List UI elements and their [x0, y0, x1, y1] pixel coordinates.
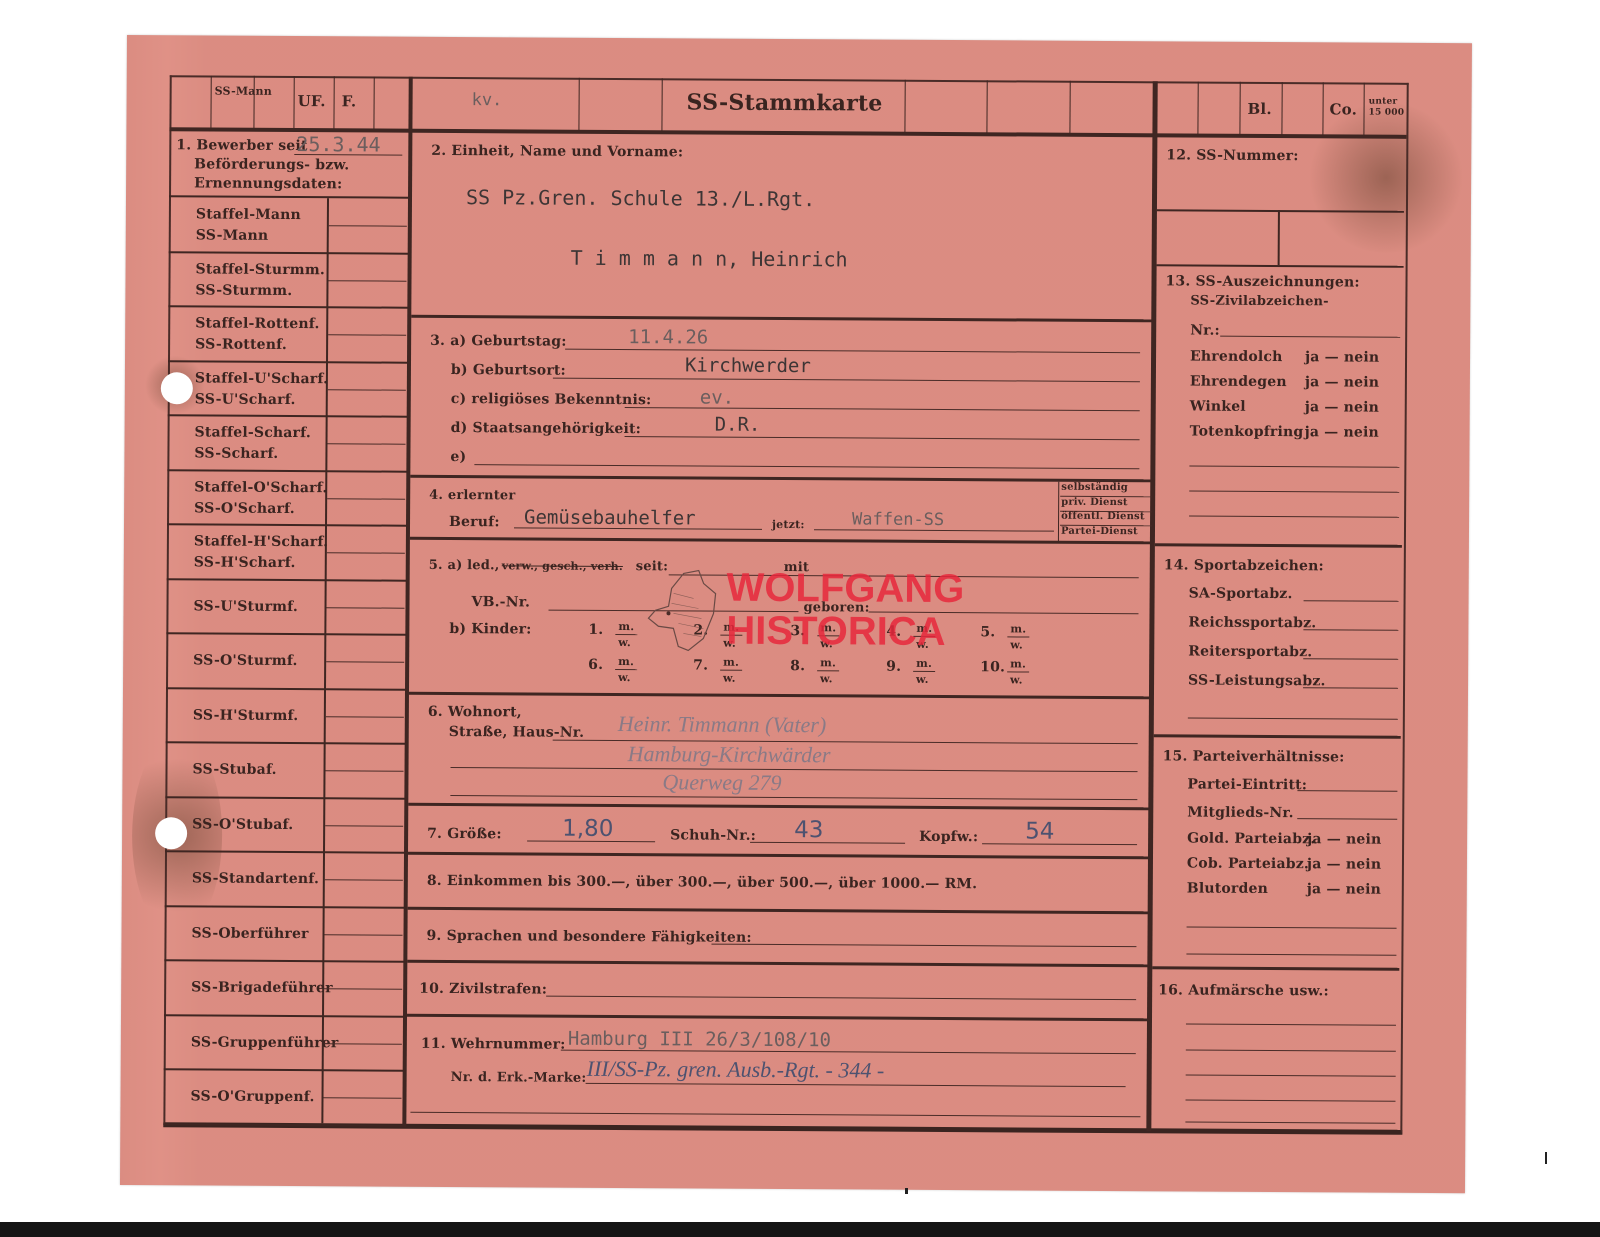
ss-nummer-label: 12. SS-Nummer:: [1166, 148, 1298, 163]
punch-hole: [155, 817, 187, 849]
rank-label: SS-Standartenf.: [192, 871, 319, 886]
award-name: Ehrendegen: [1190, 374, 1287, 389]
partei-eintritt-label: Partei-Eintritt:: [1187, 777, 1307, 792]
erk-marke-value: III/SS-Pz. gren. Ausb.-Rgt. - 344 -: [587, 1058, 885, 1082]
e-label: e): [450, 450, 466, 464]
name-value: T i m m a n n, Heinrich: [571, 248, 848, 270]
geburtsort-value: Kirchwerder: [685, 356, 811, 376]
groesse-label: 7. Größe:: [427, 827, 502, 841]
child-w: w.: [1010, 674, 1023, 685]
wehrnummer-label: 11. Wehrnummer:: [421, 1037, 566, 1052]
rank-label-ss: SS-U'Scharf.: [195, 392, 296, 407]
schuh-label: Schuh-Nr.:: [670, 828, 756, 843]
wolf-head-icon: [643, 568, 724, 653]
rank-label: Staffel-Sturmm.: [196, 262, 325, 277]
beruf-option: priv. Dienst: [1061, 497, 1128, 507]
zivilabzeichen-label: SS-Zivilabzeichen-: [1190, 295, 1328, 309]
punch-hole: [161, 372, 193, 404]
rank-label: Staffel-O'Scharf.: [194, 480, 327, 495]
child-number: 10.: [980, 660, 1005, 674]
beruf-label2: Beruf:: [449, 515, 500, 529]
award-name: Totenkopfring: [1190, 424, 1304, 439]
sport-item: Reitersportabz.: [1188, 644, 1312, 659]
party-choice: ja — nein: [1307, 882, 1381, 896]
ss-mann-header: SS-Mann: [215, 86, 272, 98]
rank-label: SS-U'Sturmf.: [193, 599, 298, 614]
rank-label-ss: SS-Scharf.: [194, 446, 278, 461]
party-choice: ja — nein: [1307, 857, 1381, 871]
award-choice: ja — nein: [1305, 350, 1379, 364]
award-choice: ja — nein: [1305, 375, 1379, 389]
rank-label: Staffel-Scharf.: [195, 425, 311, 440]
awards-list: Ehrendolchja — neinEhrendegenja — neinWi…: [127, 35, 1472, 43]
award-choice: ja — nein: [1305, 425, 1379, 439]
bekenntnis-value: ev.: [700, 389, 734, 408]
child-m: m.: [820, 657, 836, 668]
child-m: m.: [916, 658, 932, 669]
award-name: Winkel: [1190, 399, 1246, 413]
rank-label: SS-Gruppenführer: [191, 1035, 339, 1050]
zivilabzeichen-nr: Nr.:: [1190, 324, 1220, 338]
rank-label-ss: SS-Sturmm.: [195, 283, 292, 298]
auszeichnungen-label: 13. SS-Auszeichnungen:: [1165, 274, 1359, 289]
section1-label2: Beförderungs- bzw.: [194, 157, 349, 172]
familienstand-label: 5. a) led.,: [429, 559, 500, 572]
f-header: F.: [342, 94, 357, 109]
rank-label: Staffel-U'Scharf.: [195, 371, 328, 386]
kopf-value: 54: [1025, 821, 1054, 844]
uf-header: UF.: [298, 94, 326, 109]
schuh-value: 43: [794, 819, 823, 842]
mitglieds-nr-label: Mitglieds-Nr.: [1187, 805, 1294, 820]
vb-label: VB.-Nr.: [471, 595, 530, 609]
child-m: m.: [1010, 623, 1026, 634]
children-list: 1.m.w.2.m.w.3.m.w.4.m.w.5.m.w.6.m.w.7.m.…: [127, 35, 1472, 43]
unter-number: 15 000: [1369, 109, 1405, 118]
staatsangehoerigkeit-label: d) Staatsangehörigkeit:: [451, 421, 642, 436]
bewerber-date: 25.3.44: [296, 134, 380, 155]
geburtstag-label: 3. a) Geburtstag:: [430, 334, 567, 349]
child-m: m.: [723, 657, 739, 668]
bl-header: Bl.: [1248, 102, 1272, 117]
rank-label: Staffel-Mann: [196, 207, 301, 222]
unter-header: unter: [1369, 98, 1398, 107]
jetzt-label: jetzt:: [772, 519, 805, 530]
einkommen-label: 8. Einkommen bis 300.—, über 300.—, über…: [427, 874, 977, 891]
rank-label: Staffel-H'Scharf.: [194, 534, 328, 549]
party-list: Gold. Parteiabz.ja — neinCob. Parteiabz.…: [127, 35, 1472, 43]
aufmaersche-label: 16. Aufmärsche usw.:: [1158, 983, 1329, 998]
zivilstrafen-label: 10. Zivilstrafen:: [419, 982, 547, 997]
sprachen-label: 9. Sprachen und besondere Fähigkeiten:: [426, 929, 751, 945]
rank-label-ss: SS-O'Scharf.: [194, 501, 295, 516]
child-w: w.: [820, 673, 833, 684]
jetzt-value: Waffen-SS: [852, 511, 944, 529]
wehrnummer-value: Hamburg III 26/3/108/10: [568, 1030, 831, 1051]
party-item: Blutorden: [1187, 881, 1268, 895]
party-item: Gold. Parteiabz.: [1187, 831, 1315, 846]
rank-label: SS-H'Sturmf.: [193, 708, 299, 723]
rank-label-ss: SS-H'Scharf.: [194, 555, 296, 570]
beruf-options: selbständigpriv. Dienstöffentl. DienstPa…: [127, 35, 1472, 43]
erk-marke-label: Nr. d. Erk.-Marke:: [451, 1071, 587, 1085]
child-m: m.: [1010, 658, 1026, 669]
child-number: 7.: [693, 658, 708, 672]
groesse-value: 1,80: [562, 818, 613, 841]
rank-label: SS-Oberführer: [191, 926, 308, 941]
card-title: SS-Stammkarte: [687, 91, 883, 114]
section2-label: 2. Einheit, Name und Vorname:: [431, 144, 683, 160]
wohnort-line2: Hamburg-Kirchwärder: [628, 743, 831, 766]
child-w: w.: [723, 673, 736, 684]
sportabzeichen-label: 14. Sportabzeichen:: [1164, 558, 1324, 573]
kinder-label: b) Kinder:: [449, 622, 531, 637]
section1-label: 1. Bewerber seit: [176, 138, 307, 153]
geburtstag-value: 11.4.26: [628, 328, 708, 347]
kv-mark: kv.: [472, 92, 503, 109]
familienstand-struck: verw., gesch., verh.: [502, 560, 623, 572]
award-choice: ja — nein: [1305, 400, 1379, 414]
geburtsort-label: b) Geburtsort:: [451, 363, 566, 378]
award-name: Ehrendolch: [1190, 349, 1283, 364]
rank-list: Staffel-MannSS-MannStaffel-Sturmm.SS-Stu…: [127, 35, 1472, 43]
party-choice: ja — nein: [1307, 832, 1381, 846]
wohnort-line3: Querweg 279: [662, 771, 781, 794]
child-number: 5.: [980, 625, 995, 639]
child-number: 6.: [588, 658, 603, 672]
child-w: w.: [618, 672, 631, 683]
rank-label-ss: SS-Rottenf.: [195, 337, 287, 352]
co-header: Co.: [1330, 102, 1358, 117]
stammkarte-card: SS-Mann UF. F. kv. SS-Stammkarte Bl. Co.…: [120, 35, 1472, 1193]
child-number: 8.: [790, 659, 805, 673]
kopf-label: Kopfw.:: [919, 830, 978, 844]
rank-label: SS-O'Gruppenf.: [190, 1089, 314, 1104]
rank-label: Staffel-Rottenf.: [195, 316, 319, 331]
sport-list: SA-Sportabz.Reichssportabz.Reitersportab…: [127, 35, 1472, 43]
child-w: w.: [916, 674, 929, 685]
rank-label: SS-Stubaf.: [192, 762, 276, 777]
child-number: 1.: [588, 623, 603, 637]
bekenntnis-label: c) religiöses Bekenntnis:: [451, 392, 652, 407]
parteiverhaeltnisse-label: 15. Parteiverhältnisse:: [1163, 749, 1345, 764]
beruf-option: öffentl. Dienst: [1061, 512, 1145, 523]
rank-label: SS-O'Stubaf.: [192, 817, 293, 832]
child-w: w.: [1010, 639, 1023, 650]
staatsangehoerigkeit-value: D.R.: [715, 416, 761, 435]
beruf-option: selbständig: [1061, 483, 1128, 493]
beruf-value: Gemüsebauhelfer: [524, 508, 696, 528]
child-m: m.: [618, 621, 634, 632]
sport-item: Reichssportabz.: [1188, 615, 1316, 630]
beruf-label1: 4. erlernter: [429, 489, 515, 503]
watermark-line2: HISTORICA: [726, 612, 946, 651]
wohnort-label1: 6. Wohnort,: [428, 705, 522, 720]
unit-value: SS Pz.Gren. Schule 13./L.Rgt.: [466, 187, 815, 209]
wohnort-line1: Heinr. Timmann (Vater): [618, 713, 827, 736]
scan-edge: [0, 1222, 1600, 1237]
rank-label: SS-Brigadeführer: [191, 980, 333, 995]
wohnort-label2: Straße, Haus-Nr.: [449, 725, 585, 740]
sport-item: SS-Leistungsabz.: [1188, 673, 1326, 688]
section1-label3: Ernennungsdaten:: [194, 176, 342, 191]
sport-item: SA-Sportabz.: [1189, 586, 1293, 601]
watermark-line1: WOLFGANG: [727, 569, 965, 608]
rank-label-ss: SS-Mann: [196, 228, 269, 242]
child-w: w.: [618, 637, 631, 648]
child-number: 9.: [886, 660, 901, 674]
rank-label: SS-O'Sturmf.: [193, 653, 298, 668]
party-item: Cob. Parteiabz.: [1187, 856, 1309, 871]
beruf-option: Partei-Dienst: [1061, 526, 1138, 536]
child-m: m.: [618, 656, 634, 667]
